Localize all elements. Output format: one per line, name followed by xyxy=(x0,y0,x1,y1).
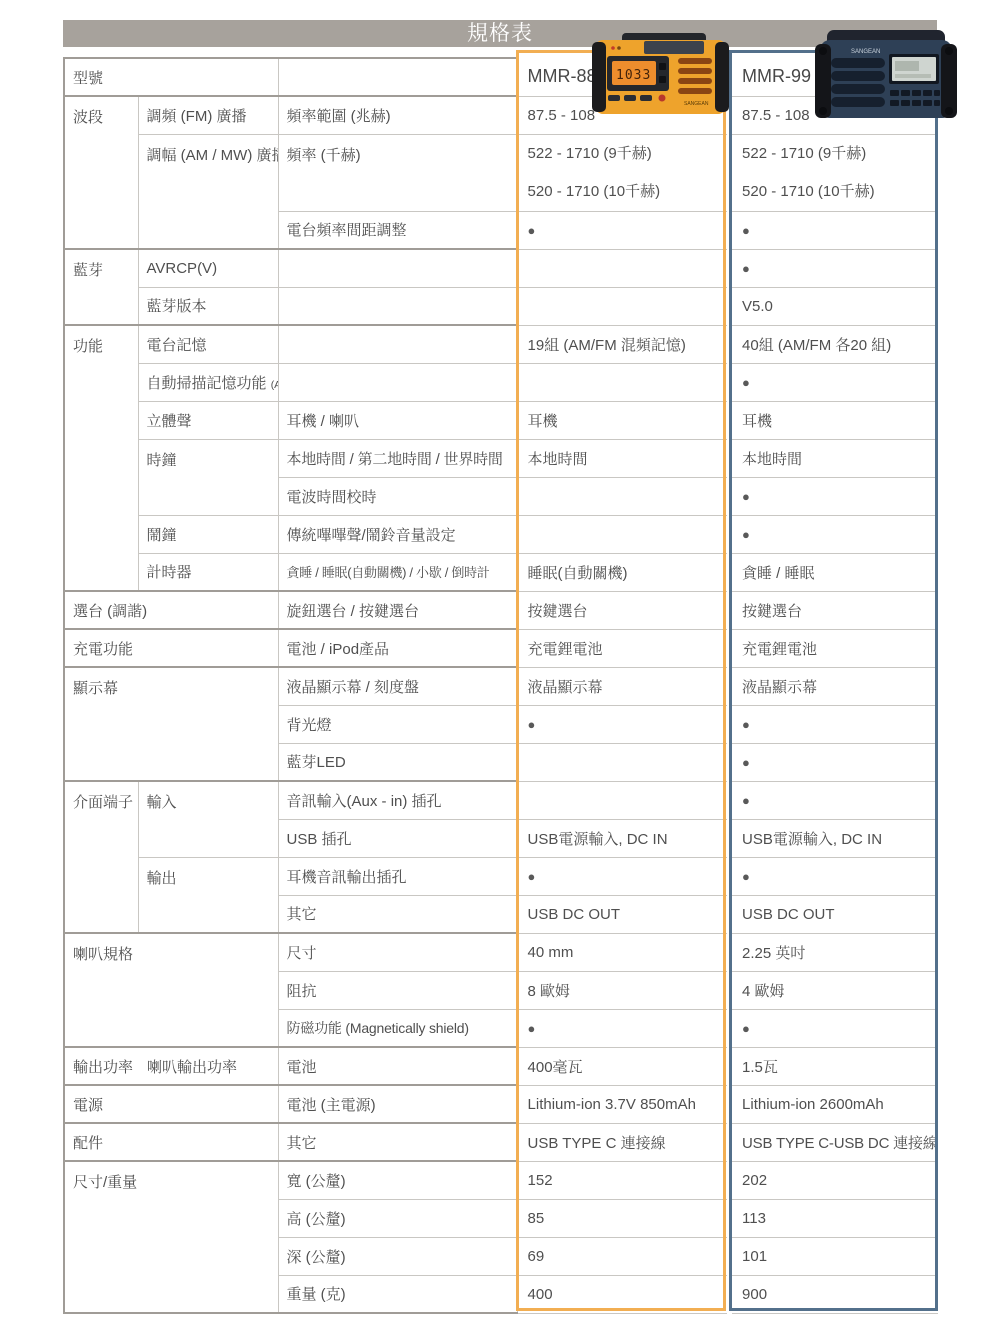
functions-alarm-m88-value xyxy=(517,515,727,553)
dimensions-section-label: 尺寸/重量 xyxy=(64,1161,278,1313)
band-am-label: 調幅 (AM / MW) 廣播 xyxy=(138,134,278,249)
charging-sub-label: 電池 / iPod產品 xyxy=(278,629,517,667)
io-headphone-label: 耳機音訊輸出插孔 xyxy=(278,857,517,895)
output-power-m88-value: 400毫瓦 xyxy=(517,1047,727,1085)
display-btled-m88-value xyxy=(517,743,727,781)
dimensions-width-m99-value: 202 xyxy=(732,1161,938,1199)
speaker-impedance-m99-value: 4 歐姆 xyxy=(732,971,938,1009)
output-power-m99-value: 1.5瓦 xyxy=(732,1047,938,1085)
dimensions-depth-label: 深 (公釐) xyxy=(278,1237,517,1275)
dimensions-depth-m99-value: 101 xyxy=(732,1237,938,1275)
output-power-section-label: 輸出功率喇叭輸出功率 xyxy=(64,1047,278,1085)
band-am-m88-value: 522 - 1710 (9千赫) 520 - 1710 (10千赫) xyxy=(517,134,727,211)
functions-alarm-label: 鬧鐘 xyxy=(138,515,278,553)
dimensions-height-m88-value: 85 xyxy=(517,1199,727,1237)
speaker-output-power-label: 喇叭輸出功率 xyxy=(147,1059,237,1076)
display-backlight-m88-dot: ● xyxy=(517,705,727,743)
functions-stereo-m99-value: 耳機 xyxy=(732,401,938,439)
io-usb-label: USB 插孔 xyxy=(278,819,517,857)
bluetooth-avrcp-m99-dot: ● xyxy=(732,249,938,287)
dimensions-weight-label: 重量 (克) xyxy=(278,1275,517,1313)
dimensions-weight-m88-value: 400 xyxy=(517,1275,727,1313)
functions-timer-sub-label: 貪睡 / 睡眠(自動關機) / 小歇 / 倒時計 xyxy=(278,553,517,591)
display-lcd-m99-value: 液晶顯示幕 xyxy=(732,667,938,705)
functions-alarm-sub-label: 傳統嗶嗶聲/鬧鈴音量設定 xyxy=(278,515,517,553)
functions-memory-m88-value: 19組 (AM/FM 混頻記憶) xyxy=(517,325,727,363)
io-other-m88-value: USB DC OUT xyxy=(517,895,727,933)
dimensions-height-label: 高 (公釐) xyxy=(278,1199,517,1237)
dimensions-width-m88-value: 152 xyxy=(517,1161,727,1199)
io-section-label: 介面端子 xyxy=(64,781,138,933)
model-empty-cell xyxy=(278,58,517,96)
band-am-m88-line2: 520 - 1710 (10千赫) xyxy=(528,173,718,211)
charging-m88-value: 充電鋰電池 xyxy=(517,629,727,667)
mmr88-brand-logo: SANGEAN xyxy=(684,101,709,107)
functions-alarm-m99-dot: ● xyxy=(732,515,938,553)
output-power-sub-label: 電池 xyxy=(278,1047,517,1085)
speaker-size-m99-value: 2.25 英吋 xyxy=(732,933,938,971)
speaker-magnetic-label: 防磁功能 (Magnetically shield) xyxy=(278,1009,517,1047)
display-lcd-label: 液晶顯示幕 / 刻度盤 xyxy=(278,667,517,705)
speaker-size-label: 尺寸 xyxy=(278,933,517,971)
bluetooth-avrcp-m88-value xyxy=(517,249,727,287)
accessories-section-label: 配件 xyxy=(64,1123,278,1161)
io-input-label: 輸入 xyxy=(138,781,278,857)
charging-section-label: 充電功能 xyxy=(64,629,278,667)
functions-radiocontrol-m88-value xyxy=(517,477,727,515)
functions-clock-m88-value: 本地時間 xyxy=(517,439,727,477)
functions-ats-empty xyxy=(278,363,517,401)
functions-memory-m99-value: 40組 (AM/FM 各20 組) xyxy=(732,325,938,363)
charging-m99-value: 充電鋰電池 xyxy=(732,629,938,667)
band-step-m88-dot: ● xyxy=(517,211,727,249)
functions-stereo-m88-value: 耳機 xyxy=(517,401,727,439)
functions-timer-m88-value: 睡眠(自動關機) xyxy=(517,553,727,591)
io-aux-m99-dot: ● xyxy=(732,781,938,819)
dimensions-height-m99-value: 113 xyxy=(732,1199,938,1237)
bluetooth-section-label: 藍芽 xyxy=(64,249,138,325)
functions-stereo-label: 立體聲 xyxy=(138,401,278,439)
band-step-m99-dot: ● xyxy=(732,211,938,249)
display-backlight-m99-dot: ● xyxy=(732,705,938,743)
speaker-impedance-label: 阻抗 xyxy=(278,971,517,1009)
accessories-m88-value: USB TYPE C 連接線 xyxy=(517,1123,727,1161)
tuning-section-label: 選台 (調諧) xyxy=(64,591,278,629)
functions-clock-label: 時鐘 xyxy=(138,439,278,515)
mmr99-brand-logo: SANGEAN xyxy=(851,49,880,55)
display-btled-m99-dot: ● xyxy=(732,743,938,781)
io-aux-m88-value xyxy=(517,781,727,819)
display-lcd-m88-value: 液晶顯示幕 xyxy=(517,667,727,705)
accessories-m99-value: USB TYPE C-USB DC 連接線 xyxy=(732,1123,938,1161)
band-am-m99-value: 522 - 1710 (9千赫) 520 - 1710 (10千赫) xyxy=(732,134,938,211)
bluetooth-version-empty xyxy=(278,287,517,325)
bluetooth-version-m99-value: V5.0 xyxy=(732,287,938,325)
dimensions-width-label: 寬 (公釐) xyxy=(278,1161,517,1199)
power-m88-value: Lithium-ion 3.7V 850mAh xyxy=(517,1085,727,1123)
io-headphone-m99-dot: ● xyxy=(732,857,938,895)
functions-ats-label: 自動掃描記憶功能 (ATS) xyxy=(138,363,278,401)
tuning-m99-value: 按鍵選台 xyxy=(732,591,938,629)
io-usb-m88-value: USB電源輸入, DC IN xyxy=(517,819,727,857)
bluetooth-version-label: 藍芽版本 xyxy=(138,287,278,325)
band-am-m99-line2: 520 - 1710 (10千赫) xyxy=(742,173,928,211)
functions-ats-m88-value xyxy=(517,363,727,401)
speaker-magnetic-m88-dot: ● xyxy=(517,1009,727,1047)
speaker-magnetic-m99-dot: ● xyxy=(732,1009,938,1047)
bluetooth-version-m88-value xyxy=(517,287,727,325)
io-output-label: 輸出 xyxy=(138,857,278,933)
band-fm-range-label: 頻率範圍 (兆赫) xyxy=(278,96,517,134)
functions-clock-sub-label: 本地時間 / 第二地時間 / 世界時間 xyxy=(278,439,517,477)
band-section-label: 波段 xyxy=(64,96,138,249)
mmr88-product-photo: 1033 SANGEAN xyxy=(592,32,729,118)
functions-section-label: 功能 xyxy=(64,325,138,591)
ats-suffix: (ATS) xyxy=(271,379,278,391)
model-label-cell: 型號 xyxy=(64,58,278,96)
io-headphone-m88-dot: ● xyxy=(517,857,727,895)
io-other-label: 其它 xyxy=(278,895,517,933)
band-am-m88-line1: 522 - 1710 (9千赫) xyxy=(528,135,718,173)
speaker-section-label: 喇叭規格 xyxy=(64,933,278,1047)
functions-timer-label: 計時器 xyxy=(138,553,278,591)
functions-radiocontrol-m99-dot: ● xyxy=(732,477,938,515)
display-section-label: 顯示幕 xyxy=(64,667,278,781)
functions-timer-m99-value: 貪睡 / 睡眠 xyxy=(732,553,938,591)
spec-table: 型號 MMR-88 MMR-99 波段 調頻 (FM) 廣播 頻率範圍 (兆赫)… xyxy=(63,57,938,1314)
band-am-freq-label: 頻率 (千赫) xyxy=(278,134,517,211)
io-aux-label: 音訊輸入(Aux - in) 插孔 xyxy=(278,781,517,819)
bluetooth-avrcp-empty xyxy=(278,249,517,287)
functions-stereo-sub-label: 耳機 / 喇叭 xyxy=(278,401,517,439)
io-usb-m99-value: USB電源輸入, DC IN xyxy=(732,819,938,857)
power-m99-value: Lithium-ion 2600mAh xyxy=(732,1085,938,1123)
display-backlight-label: 背光燈 xyxy=(278,705,517,743)
accessories-sub-label: 其它 xyxy=(278,1123,517,1161)
dimensions-depth-m88-value: 69 xyxy=(517,1237,727,1275)
io-other-m99-value: USB DC OUT xyxy=(732,895,938,933)
speaker-size-m88-value: 40 mm xyxy=(517,933,727,971)
band-am-m99-line1: 522 - 1710 (9千赫) xyxy=(742,135,928,173)
band-fm-label: 調頻 (FM) 廣播 xyxy=(138,96,278,134)
display-btled-label: 藍芽LED xyxy=(278,743,517,781)
band-step-label: 電台頻率間距調整 xyxy=(278,211,517,249)
power-sub-label: 電池 (主電源) xyxy=(278,1085,517,1123)
functions-memory-empty xyxy=(278,325,517,363)
functions-memory-label: 電台記憶 xyxy=(138,325,278,363)
mmr88-lcd-frequency: 1033 xyxy=(616,68,651,83)
page-title: 規格表 xyxy=(63,20,937,47)
speaker-impedance-m88-value: 8 歐姆 xyxy=(517,971,727,1009)
dimensions-weight-m99-value: 900 xyxy=(732,1275,938,1313)
bluetooth-avrcp-label: AVRCP(V) xyxy=(138,249,278,287)
power-section-label: 電源 xyxy=(64,1085,278,1123)
mmr99-product-photo: SANGEAN xyxy=(815,26,957,124)
functions-clock-m99-value: 本地時間 xyxy=(732,439,938,477)
tuning-m88-value: 按鍵選台 xyxy=(517,591,727,629)
functions-ats-m99-dot: ● xyxy=(732,363,938,401)
functions-radiocontrol-label: 電波時間校時 xyxy=(278,477,517,515)
tuning-sub-label: 旋鈕選台 / 按鍵選台 xyxy=(278,591,517,629)
